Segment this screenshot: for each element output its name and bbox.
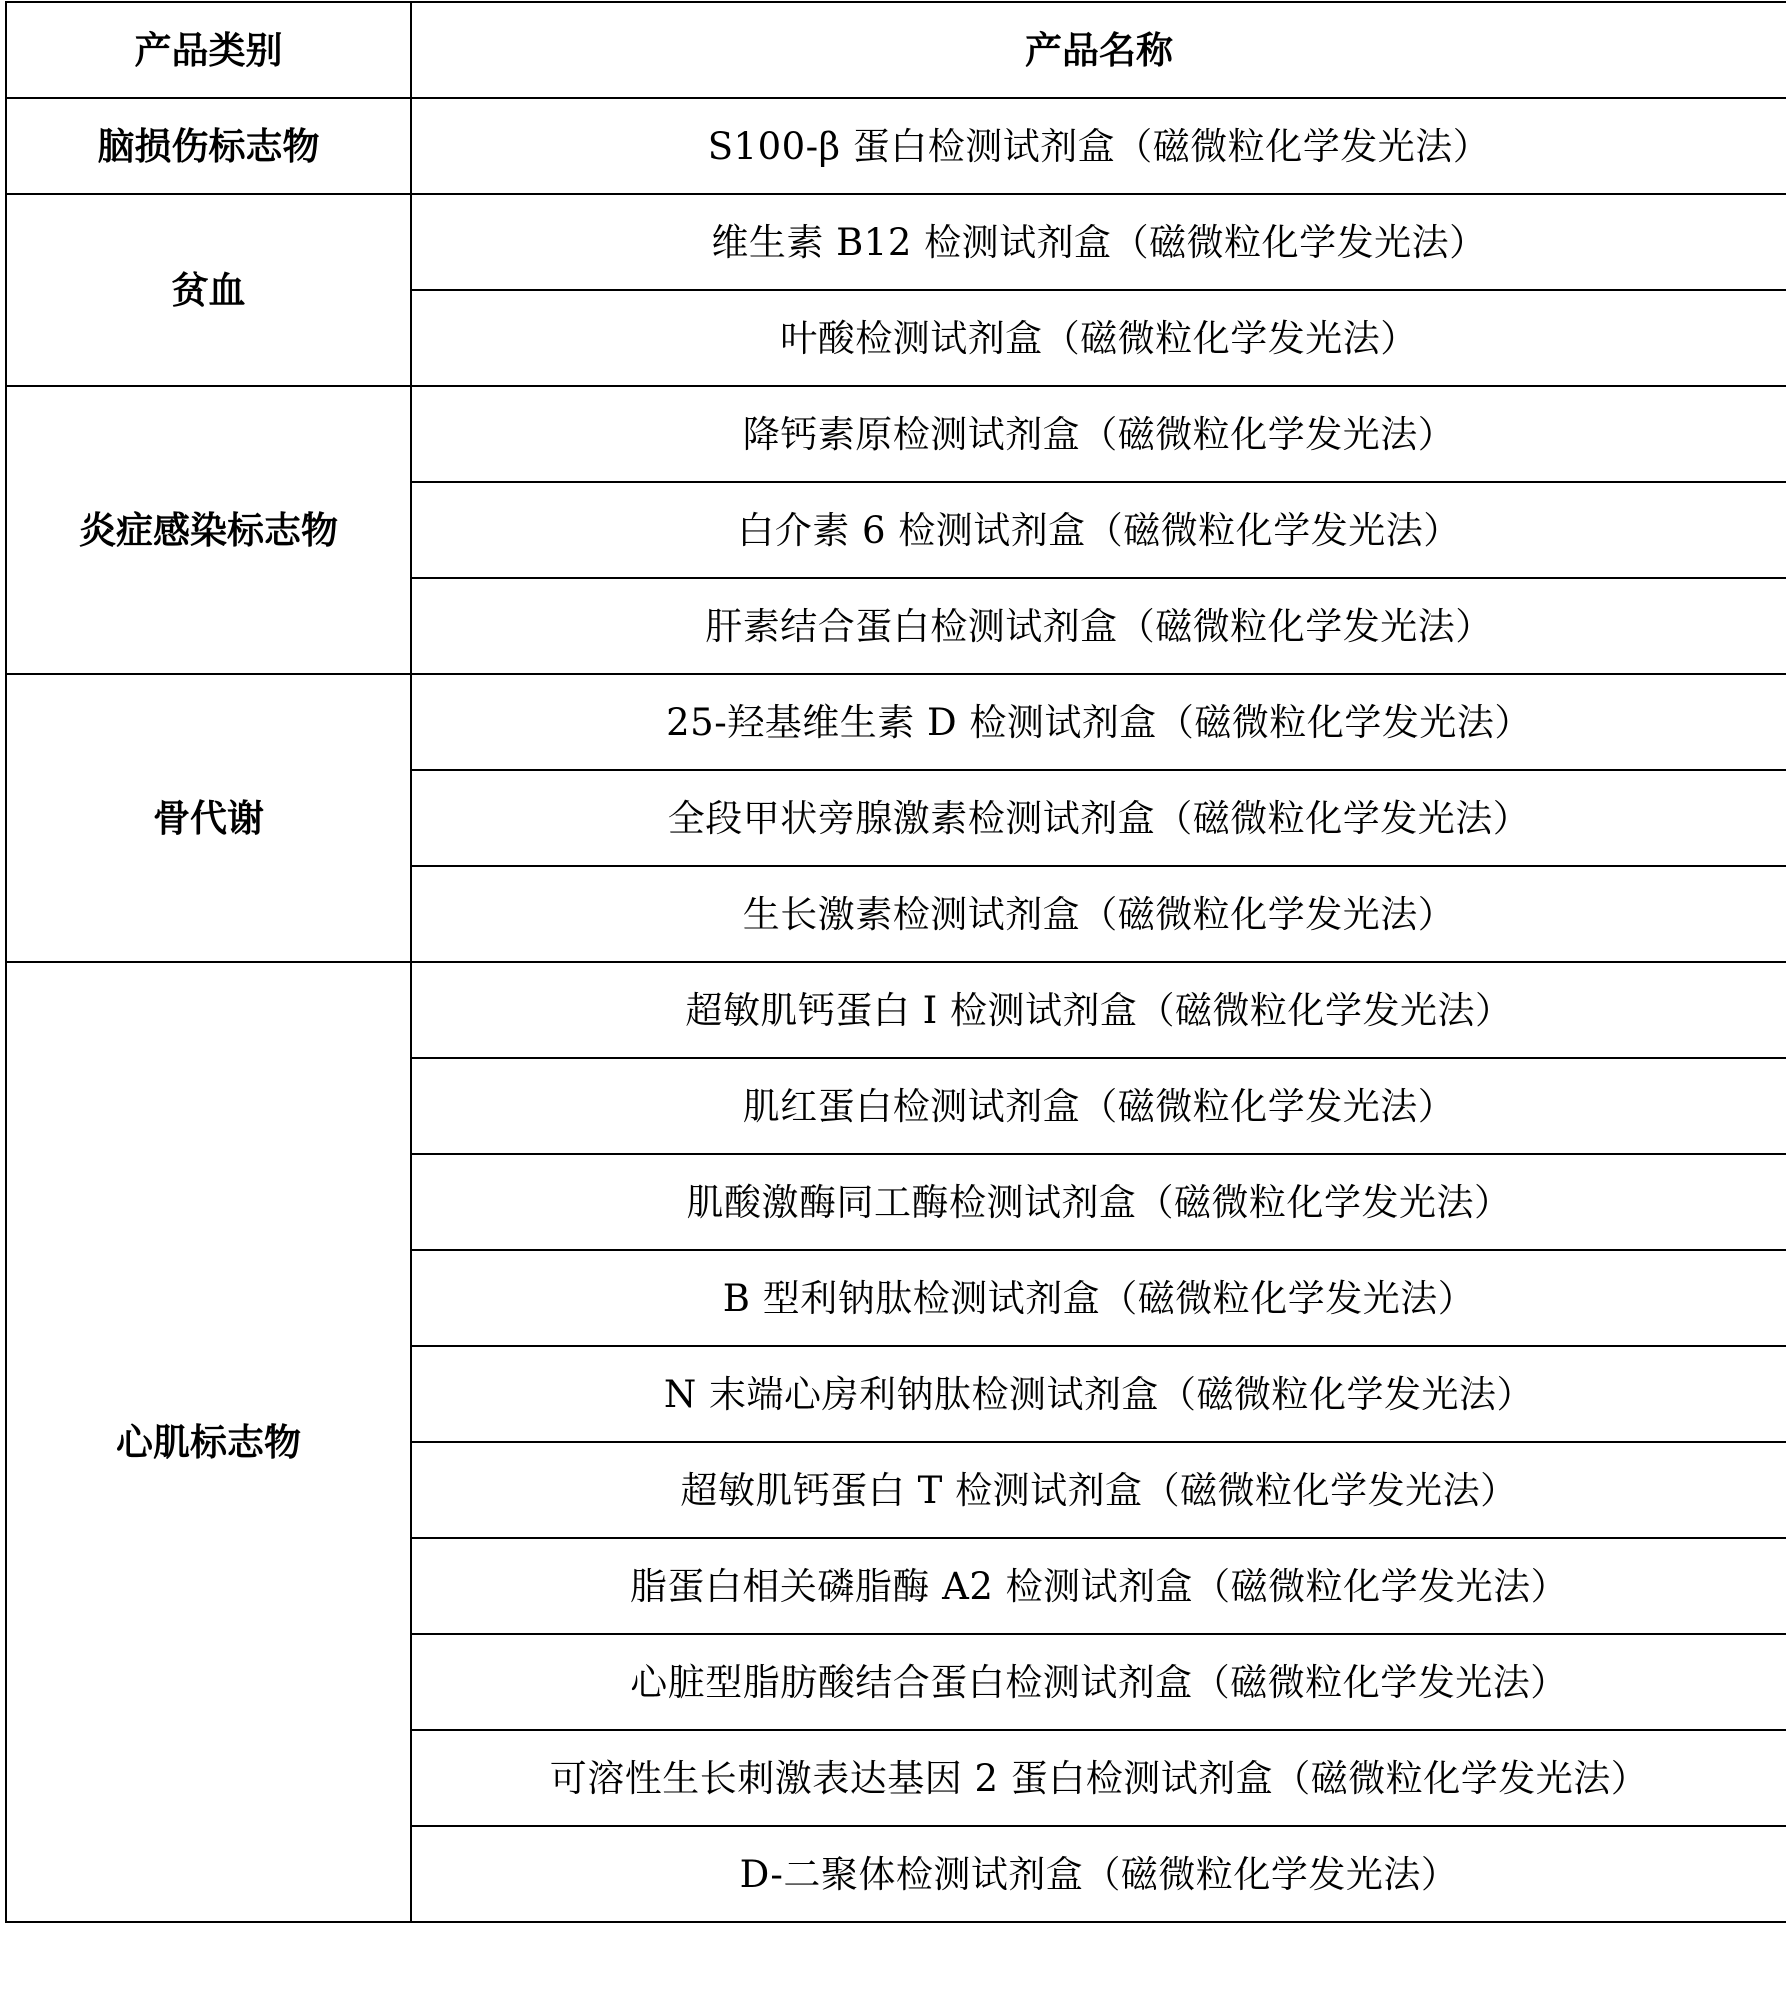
header-category: 产品类别 bbox=[6, 2, 411, 98]
product-cell: 肌红蛋白检测试剂盒（磁微粒化学发光法） bbox=[411, 1058, 1786, 1154]
header-row: 产品类别 产品名称 bbox=[6, 2, 1786, 98]
table-row: 脑损伤标志物 S100-β 蛋白检测试剂盒（磁微粒化学发光法） bbox=[6, 98, 1786, 194]
product-cell: 脂蛋白相关磷脂酶 A2 检测试剂盒（磁微粒化学发光法） bbox=[411, 1538, 1786, 1634]
table-row: 贫血 维生素 B12 检测试剂盒（磁微粒化学发光法） bbox=[6, 194, 1786, 290]
product-cell: D-二聚体检测试剂盒（磁微粒化学发光法） bbox=[411, 1826, 1786, 1922]
header-product: 产品名称 bbox=[411, 2, 1786, 98]
product-cell: B 型利钠肽检测试剂盒（磁微粒化学发光法） bbox=[411, 1250, 1786, 1346]
product-cell: 超敏肌钙蛋白 I 检测试剂盒（磁微粒化学发光法） bbox=[411, 962, 1786, 1058]
category-cell: 心肌标志物 bbox=[6, 962, 411, 1922]
category-cell: 炎症感染标志物 bbox=[6, 386, 411, 674]
product-cell: 白介素 6 检测试剂盒（磁微粒化学发光法） bbox=[411, 482, 1786, 578]
product-cell: N 末端心房利钠肽检测试剂盒（磁微粒化学发光法） bbox=[411, 1346, 1786, 1442]
product-cell: 生长激素检测试剂盒（磁微粒化学发光法） bbox=[411, 866, 1786, 962]
product-cell: 肌酸激酶同工酶检测试剂盒（磁微粒化学发光法） bbox=[411, 1154, 1786, 1250]
category-cell: 骨代谢 bbox=[6, 674, 411, 962]
product-cell: 心脏型脂肪酸结合蛋白检测试剂盒（磁微粒化学发光法） bbox=[411, 1634, 1786, 1730]
table-row: 炎症感染标志物 降钙素原检测试剂盒（磁微粒化学发光法） bbox=[6, 386, 1786, 482]
product-cell: 25-羟基维生素 D 检测试剂盒（磁微粒化学发光法） bbox=[411, 674, 1786, 770]
product-cell: S100-β 蛋白检测试剂盒（磁微粒化学发光法） bbox=[411, 98, 1786, 194]
category-cell: 贫血 bbox=[6, 194, 411, 386]
product-table: 产品类别 产品名称 脑损伤标志物 S100-β 蛋白检测试剂盒（磁微粒化学发光法… bbox=[5, 1, 1786, 1923]
product-cell: 肝素结合蛋白检测试剂盒（磁微粒化学发光法） bbox=[411, 578, 1786, 674]
category-cell: 脑损伤标志物 bbox=[6, 98, 411, 194]
table-row: 心肌标志物 超敏肌钙蛋白 I 检测试剂盒（磁微粒化学发光法） bbox=[6, 962, 1786, 1058]
product-cell: 维生素 B12 检测试剂盒（磁微粒化学发光法） bbox=[411, 194, 1786, 290]
product-cell: 超敏肌钙蛋白 T 检测试剂盒（磁微粒化学发光法） bbox=[411, 1442, 1786, 1538]
product-cell: 可溶性生长刺激表达基因 2 蛋白检测试剂盒（磁微粒化学发光法） bbox=[411, 1730, 1786, 1826]
product-cell: 叶酸检测试剂盒（磁微粒化学发光法） bbox=[411, 290, 1786, 386]
table-row: 骨代谢 25-羟基维生素 D 检测试剂盒（磁微粒化学发光法） bbox=[6, 674, 1786, 770]
product-cell: 降钙素原检测试剂盒（磁微粒化学发光法） bbox=[411, 386, 1786, 482]
product-cell: 全段甲状旁腺激素检测试剂盒（磁微粒化学发光法） bbox=[411, 770, 1786, 866]
